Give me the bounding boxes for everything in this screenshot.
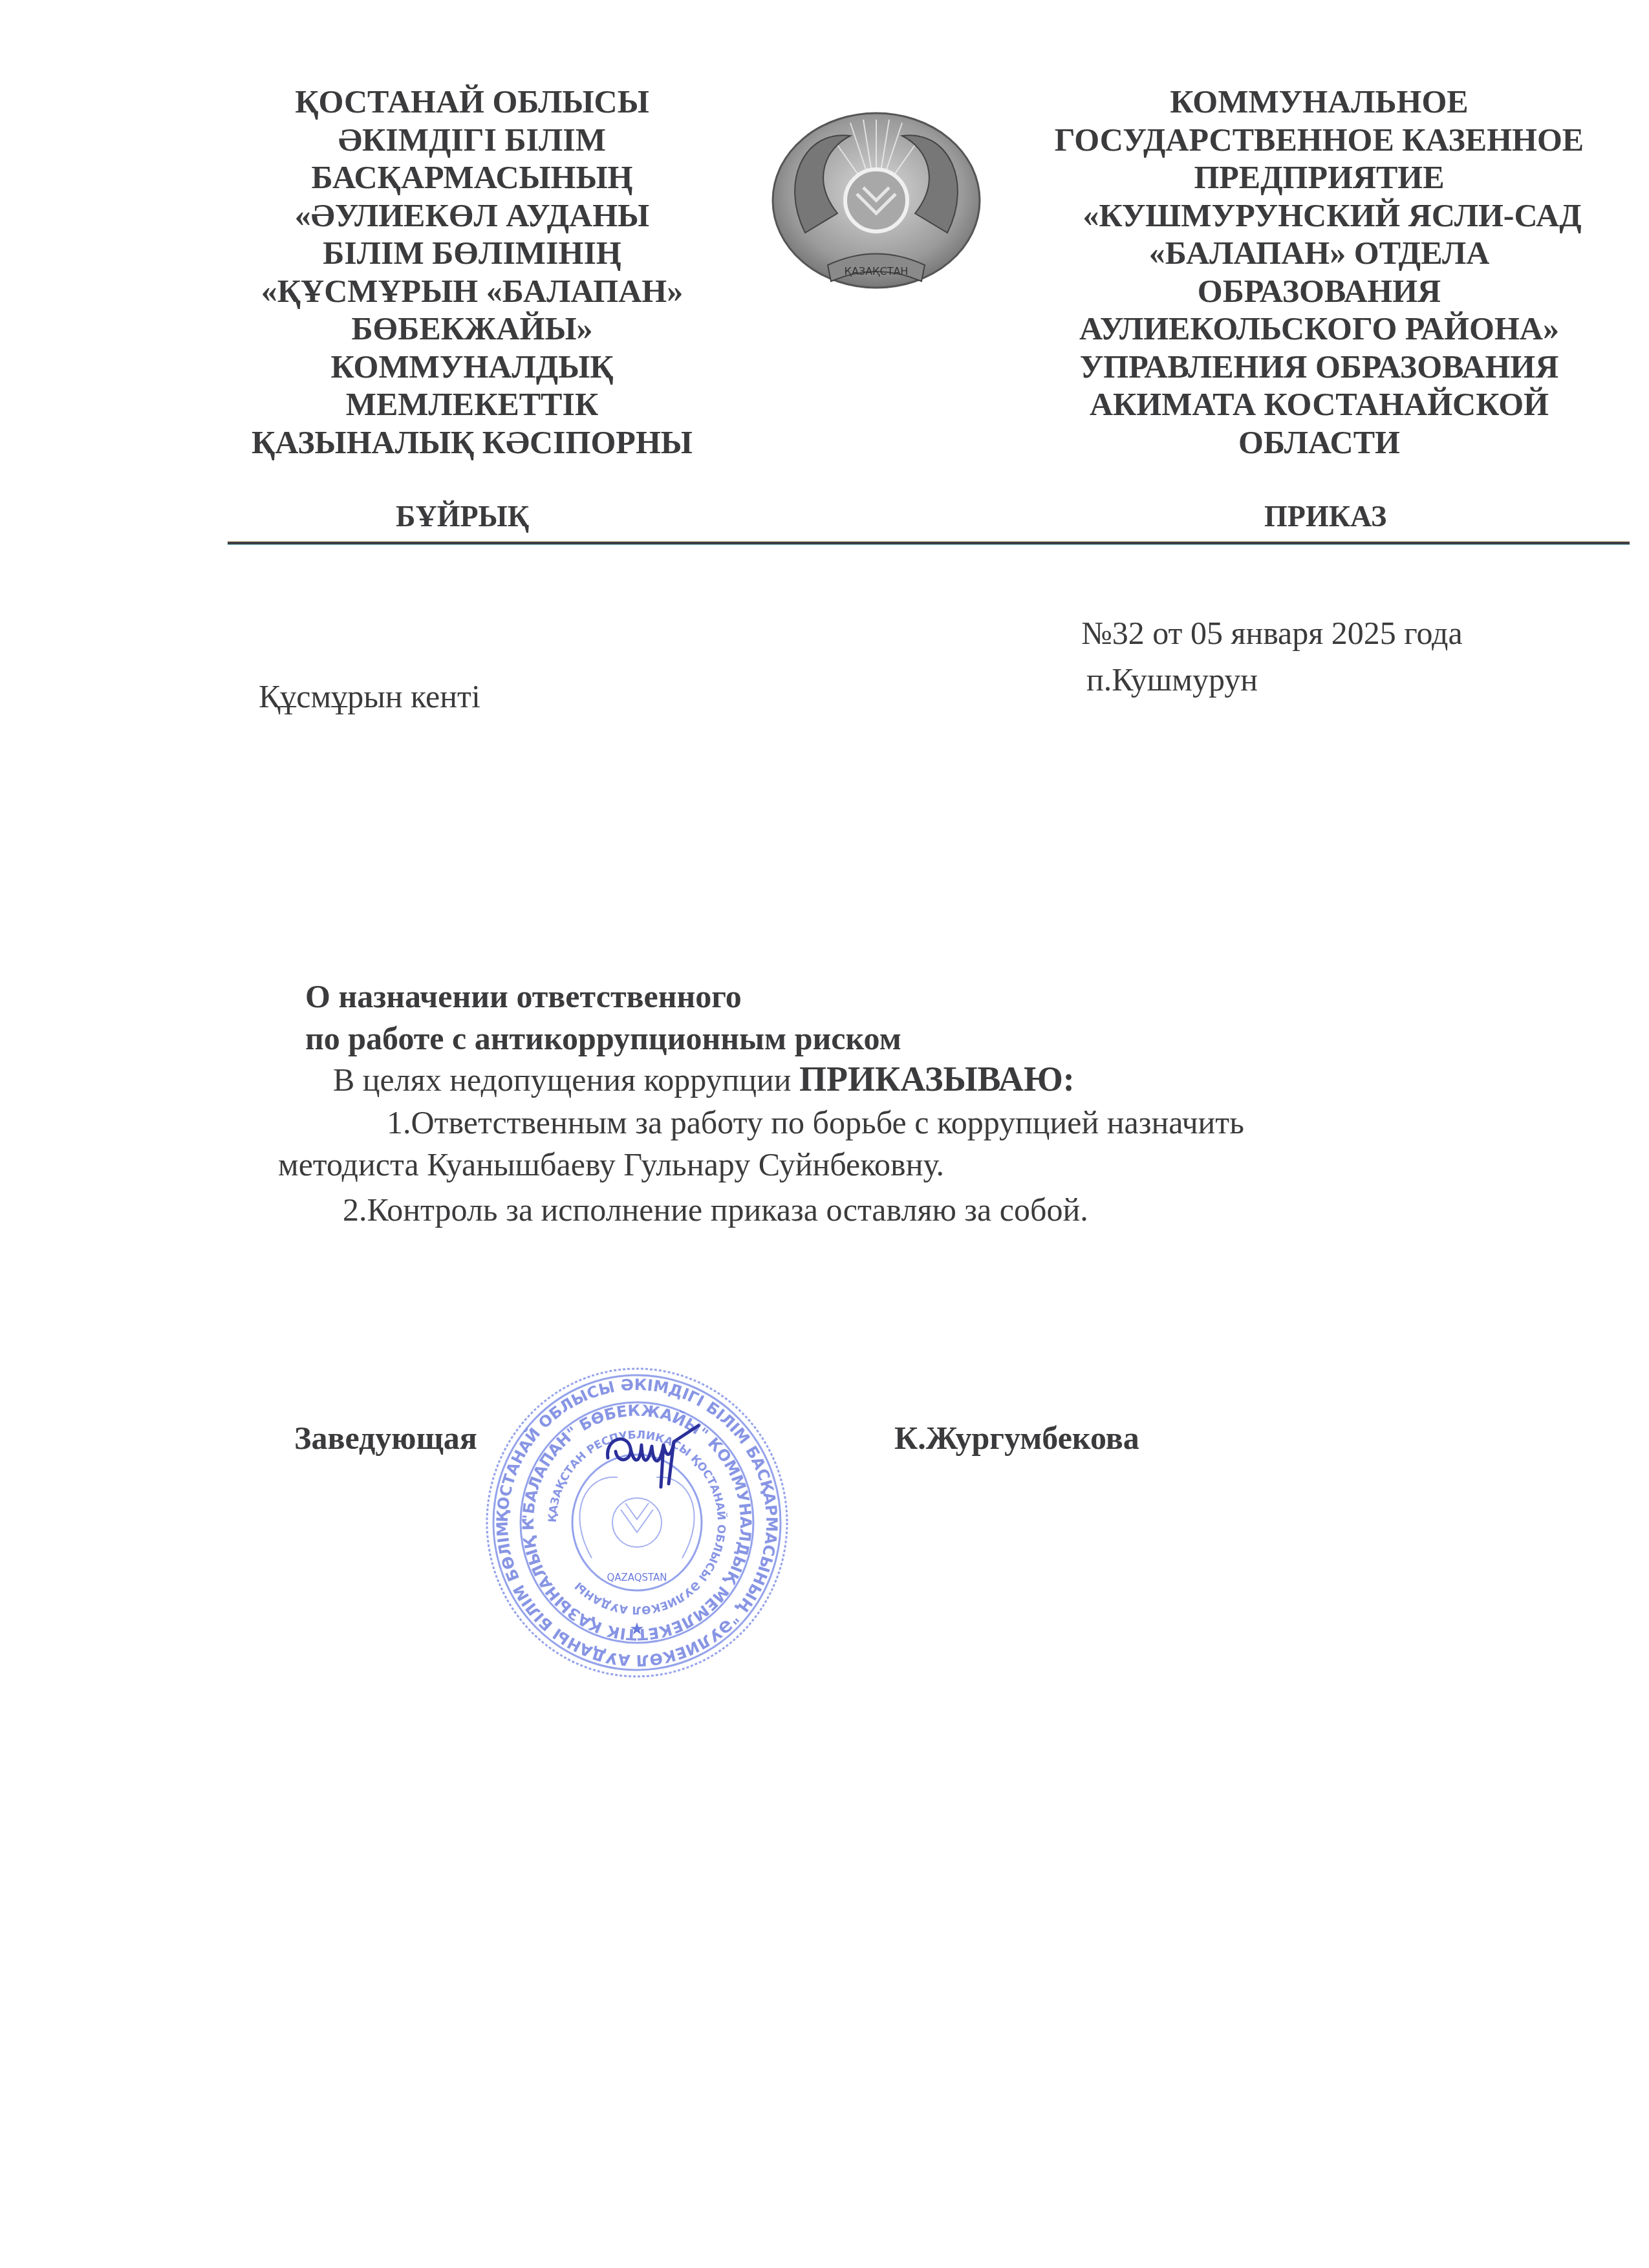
header-ru-line: ПРЕДПРИЯТИЕ [1028, 158, 1610, 197]
header-org-kz: ҚОСТАНАЙ ОБЛЫСЫ ӘКІМДІГІ БІЛІМ БАСҚАРМАС… [246, 83, 698, 461]
svg-text:★: ★ [629, 1620, 644, 1638]
header-ru-line: КОММУНАЛЬНОЕ [1028, 83, 1610, 121]
header-ru-line: ГОСУДАРСТВЕННОЕ КАЗЕННОЕ [1028, 121, 1610, 159]
header-kz-line: ҚАЗЫНАЛЫҚ КӘСІПОРНЫ [246, 423, 698, 462]
preamble-emphasis: ПРИКАЗЫВАЮ: [799, 1060, 1075, 1098]
svg-text:QAZAQSTAN: QAZAQSTAN [607, 1572, 667, 1583]
header-kz-line: МЕМЛЕКЕТТІК [246, 385, 698, 423]
official-stamp-icon: ҚОСТАНАЙ ОБЛЫСЫ ӘКІМДІГІ БІЛІМ БАСҚАРМАС… [482, 1364, 792, 1681]
signatory-position: Заведующая [294, 1419, 477, 1457]
doc-type-ru: ПРИКАЗ [1264, 499, 1386, 533]
kazakhstan-emblem-icon: ҚАЗАҚСТАН [766, 103, 986, 297]
doc-type-kz: БҰЙРЫҚ [396, 499, 529, 533]
header-ru-line: «КУШМУРУНСКИЙ ЯСЛИ-САД [1028, 197, 1610, 235]
settlement-kz: Құсмұрын кенті [259, 678, 480, 715]
handwritten-signature-icon [601, 1419, 705, 1490]
preamble: В целях недопущения коррупции ПРИКАЗЫВАЮ… [333, 1059, 1075, 1099]
svg-text:ҚАЗАҚСТАН: ҚАЗАҚСТАН [845, 265, 909, 277]
header-kz-line: БАСҚАРМАСЫНЫҢ [246, 158, 698, 197]
preamble-text: В целях недопущения коррупции [333, 1062, 799, 1098]
header-ru-line: ОБРАЗОВАНИЯ [1028, 272, 1610, 310]
header-ru-line: ОБЛАСТИ [1028, 423, 1610, 462]
header-kz-line: ҚОСТАНАЙ ОБЛЫСЫ [246, 83, 698, 121]
settlement-ru: п.Кушмурун [1086, 661, 1258, 698]
header-kz-line: КОММУНАЛДЫҚ [246, 348, 698, 386]
order-item-2: 2.Контроль за исполнение приказа оставля… [343, 1191, 1088, 1228]
order-item-1-continued: методиста Куанышбаеву Гульнару Суйнбеков… [278, 1146, 944, 1183]
header-kz-line: «ӘУЛИЕКӨЛ АУДАНЫ [246, 197, 698, 235]
header-kz-line: БӨБЕКЖАЙЫ» [246, 310, 698, 348]
header-ru-line: «БАЛАПАН» ОТДЕЛА [1028, 234, 1610, 272]
signatory-name: К.Жургумбекова [894, 1419, 1139, 1457]
order-title-line-2: по работе с антикоррупционным риском [305, 1020, 901, 1057]
header-kz-line: ӘКІМДІГІ БІЛІМ [246, 121, 698, 159]
header-kz-line: БІЛІМ БӨЛІМІНІҢ [246, 234, 698, 272]
header-org-ru: КОММУНАЛЬНОЕ ГОСУДАРСТВЕННОЕ КАЗЕННОЕ ПР… [1028, 83, 1610, 461]
order-title-line-1: О назначении ответственного [305, 978, 742, 1015]
order-number-date: №32 от 05 января 2025 года [1081, 614, 1463, 652]
header-kz-line: «ҚҰСМҰРЫН «БАЛАПАН» [246, 272, 698, 310]
header-divider [228, 541, 1630, 545]
header-ru-line: УПРАВЛЕНИЯ ОБРАЗОВАНИЯ [1028, 348, 1610, 386]
header-ru-line: АУЛИЕКОЛЬСКОГО РАЙОНА» [1028, 310, 1610, 348]
order-item-1: 1.Ответственным за работу по борьбе с ко… [387, 1104, 1244, 1141]
header-ru-line: АКИМАТА КОСТАНАЙСКОЙ [1028, 385, 1610, 423]
